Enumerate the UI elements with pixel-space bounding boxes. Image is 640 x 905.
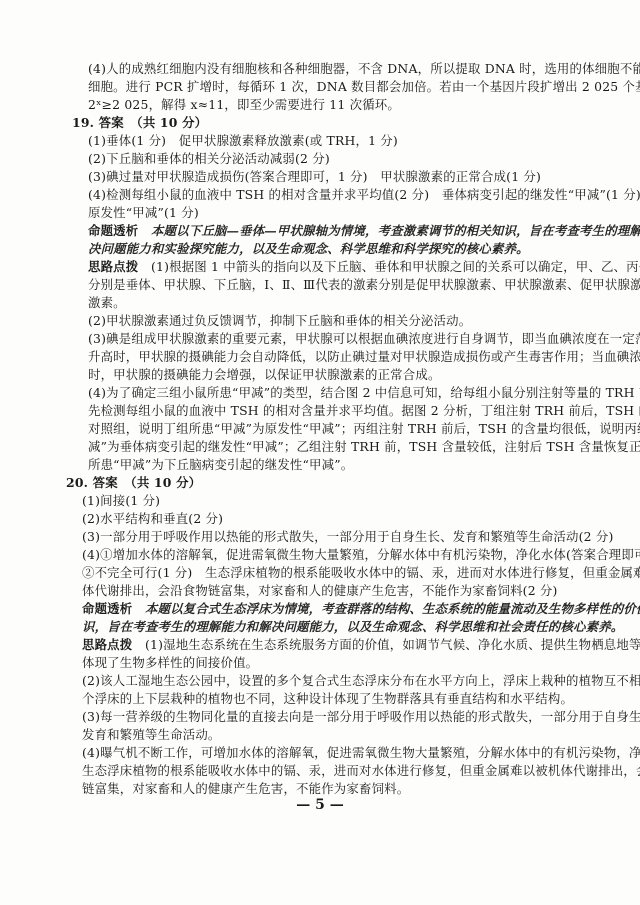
q19-hint-text: 升高时，甲状腺的摄碘能力会自动降低，以防止碘过量对甲状腺造成损伤或产生毒害作用；… xyxy=(88,348,640,366)
q20-answer: (3)一部分用于呼吸作用以热能的形式散失，一部分用于自身生长、发育和繁殖等生命活… xyxy=(82,528,613,546)
q20-analysis-text: 本题以复合式生态浮床为情境，考查群落的结构、生态系统的能量流动及生物多样性的价值… xyxy=(145,601,640,616)
q20-hint-text: (4)曝气机不断工作，可增加水体的溶解氧，促进需氧微生物大量繁殖，分解水体中的有… xyxy=(82,744,640,762)
q19-answer: (1)垂体(1 分) 促甲状腺激素释放激素(或 TRH，1 分) xyxy=(88,132,398,150)
q19-hint-label: 思路点拨 xyxy=(88,259,138,274)
page-number: — 5 — xyxy=(0,797,640,813)
q19-hint-text: 对照组，说明丁组所患“甲减”为原发性“甲减”；丙组注射 TRH 前后，TSH 的… xyxy=(88,420,640,438)
q19-hint-text: (3)碘是组成甲状腺激素的重要元素，甲状腺可以根据血碘浓度进行自身调节，即当血碘… xyxy=(88,330,640,348)
q20-hint-text: (1)湿地生态系统在生态系统服务方面的价值，如调节气候、净化水质、提供生物栖息地… xyxy=(145,637,640,652)
q19-hint-line: 思路点拨 (1)根据图 1 中箭头的指向以及下丘脑、垂体和甲状腺之间的关系可以确… xyxy=(88,258,640,276)
q19-hint-text: 时，甲状腺的摄碘能力会增强，以保证甲状腺激素的正常合成。 xyxy=(88,366,441,384)
q20-hint-text: 体现了生物多样性的间接价值。 xyxy=(82,654,258,672)
q20-answer: (1)间接(1 分) xyxy=(82,492,160,510)
q20-hint-text: 个浮床的上下层栽种的植物也不同，这种设计体现了生物群落具有垂直结构和水平结构。 xyxy=(82,690,573,708)
q19-hint-text: 所患“甲减”为下丘脑病变引起的继发性“甲减”。 xyxy=(88,456,353,474)
q19-hint-text: 激素。 xyxy=(88,294,126,312)
q20-analysis-text: 识，旨在考查考生的理解能力和解决问题能力，以及生命观念、科学思维和社会责任的核心… xyxy=(82,618,623,636)
q19-answer: (2)下丘脑和垂体的相关分泌活动减弱(2 分) xyxy=(88,150,330,168)
q19-hint-text: (1)根据图 1 中箭头的指向以及下丘脑、垂体和甲状腺之间的关系可以确定，甲、乙… xyxy=(151,259,640,274)
q20-answer: 体代谢排出，会沿食物链富集，对家畜和人的健康产生危害，不能作为家畜饲料(2 分) xyxy=(82,582,558,600)
q20-hint-text: 链富集，对家畜和人的健康产生危害，不能作为家畜饲料。 xyxy=(82,780,409,798)
q19-answer: (4)检测每组小鼠的血液中 TSH 的相对含量并求平均值(2 分) 垂体病变引起… xyxy=(88,186,640,204)
q20-hint-text: (2)该人工湿地生态公园中，设置的多个复合式生态浮床分布在水平方向上，浮床上栽种… xyxy=(82,672,640,690)
q20-answer: (2)水平结构和垂直(2 分) xyxy=(82,510,223,528)
q19-answer: 原发性“甲减”(1 分) xyxy=(88,204,199,222)
q20-hint-text: 发育和繁殖等生命活动。 xyxy=(82,726,221,744)
q20-hint-line: 思路点拨 (1)湿地生态系统在生态系统服务方面的价值，如调节气候、净化水质、提供… xyxy=(82,636,640,654)
q20-answer: (4)①增加水体的溶解氧，促进需氧微生物大量繁殖，分解水体中有机污染物，净化水体… xyxy=(82,546,640,564)
q19-hint-text: (2)甲状腺激素通过负反馈调节，抑制下丘脑和垂体的相关分泌活动。 xyxy=(88,312,471,330)
q19-hint-text: 分别是垂体、甲状腺、下丘脑，Ⅰ、Ⅱ、Ⅲ代表的激素分别是促甲状腺激素、甲状腺激素、… xyxy=(88,276,640,294)
q20-answer: ②不完全可行(1 分) 生态浮床植物的根系能吸收水体中的镉、汞，进而对水体进行修… xyxy=(82,564,640,582)
q18-line: 2ˣ≥2 025，解得 x≈11，即至少需要进行 11 次循环。 xyxy=(88,96,400,114)
q19-hint-text: 先检测每组小鼠的血液中 TSH 的相对含量并求平均值。据图 2 分析，丁组注射 … xyxy=(88,402,640,420)
q20-hint-text: (3)每一营养级的生物同化量的直接去向是一部分用于呼吸作用以热能的形式散失，一部… xyxy=(82,708,640,726)
q20-analysis-line: 命题透析 本题以复合式生态浮床为情境，考查群落的结构、生态系统的能量流动及生物多… xyxy=(82,600,640,618)
q20-header: 20. 答案 （共 10 分） xyxy=(66,474,201,492)
q19-analysis-text: 决问题能力和实验探究能力，以及生命观念、科学思维和科学探究的核心素养。 xyxy=(88,240,529,258)
q19-analysis-label: 命题透析 xyxy=(88,223,138,238)
q19-hint-text: (4)为了确定三组小鼠所患“甲减”的类型，结合图 2 中信息可知，给每组小鼠分别… xyxy=(88,384,640,402)
q18-line: 细胞。进行 PCR 扩增时，每循环 1 次，DNA 数目都会加倍。若由一个基因片… xyxy=(88,78,640,96)
q19-answer: (3)碘过量对甲状腺造成损伤(答案合理即可，1 分) 甲状腺激素的正常合成(1 … xyxy=(88,168,541,186)
q18-line: (4)人的成熟红细胞内没有细胞核和各种细胞器，不含 DNA，所以提取 DNA 时… xyxy=(88,60,640,78)
q19-hint-text: 减”为垂体病变引起的继发性“甲减”；乙组注射 TRH 前，TSH 含量较低，注射… xyxy=(88,438,640,456)
q19-header: 19. 答案 （共 10 分） xyxy=(72,114,207,132)
q19-analysis-line: 命题透析 本题以下丘脑—垂体—甲状腺轴为情境，考查激素调节的相关知识，旨在考查考… xyxy=(88,222,640,240)
q20-analysis-label: 命题透析 xyxy=(82,601,132,616)
q20-hint-label: 思路点拨 xyxy=(82,637,132,652)
q19-analysis-text: 本题以下丘脑—垂体—甲状腺轴为情境，考查激素调节的相关知识，旨在考查考生的理解能… xyxy=(151,223,640,238)
q20-hint-text: 生态浮床植物的根系能吸收水体中的镉、汞，进而对水体进行修复，但重金属难以被机体代… xyxy=(82,762,640,780)
